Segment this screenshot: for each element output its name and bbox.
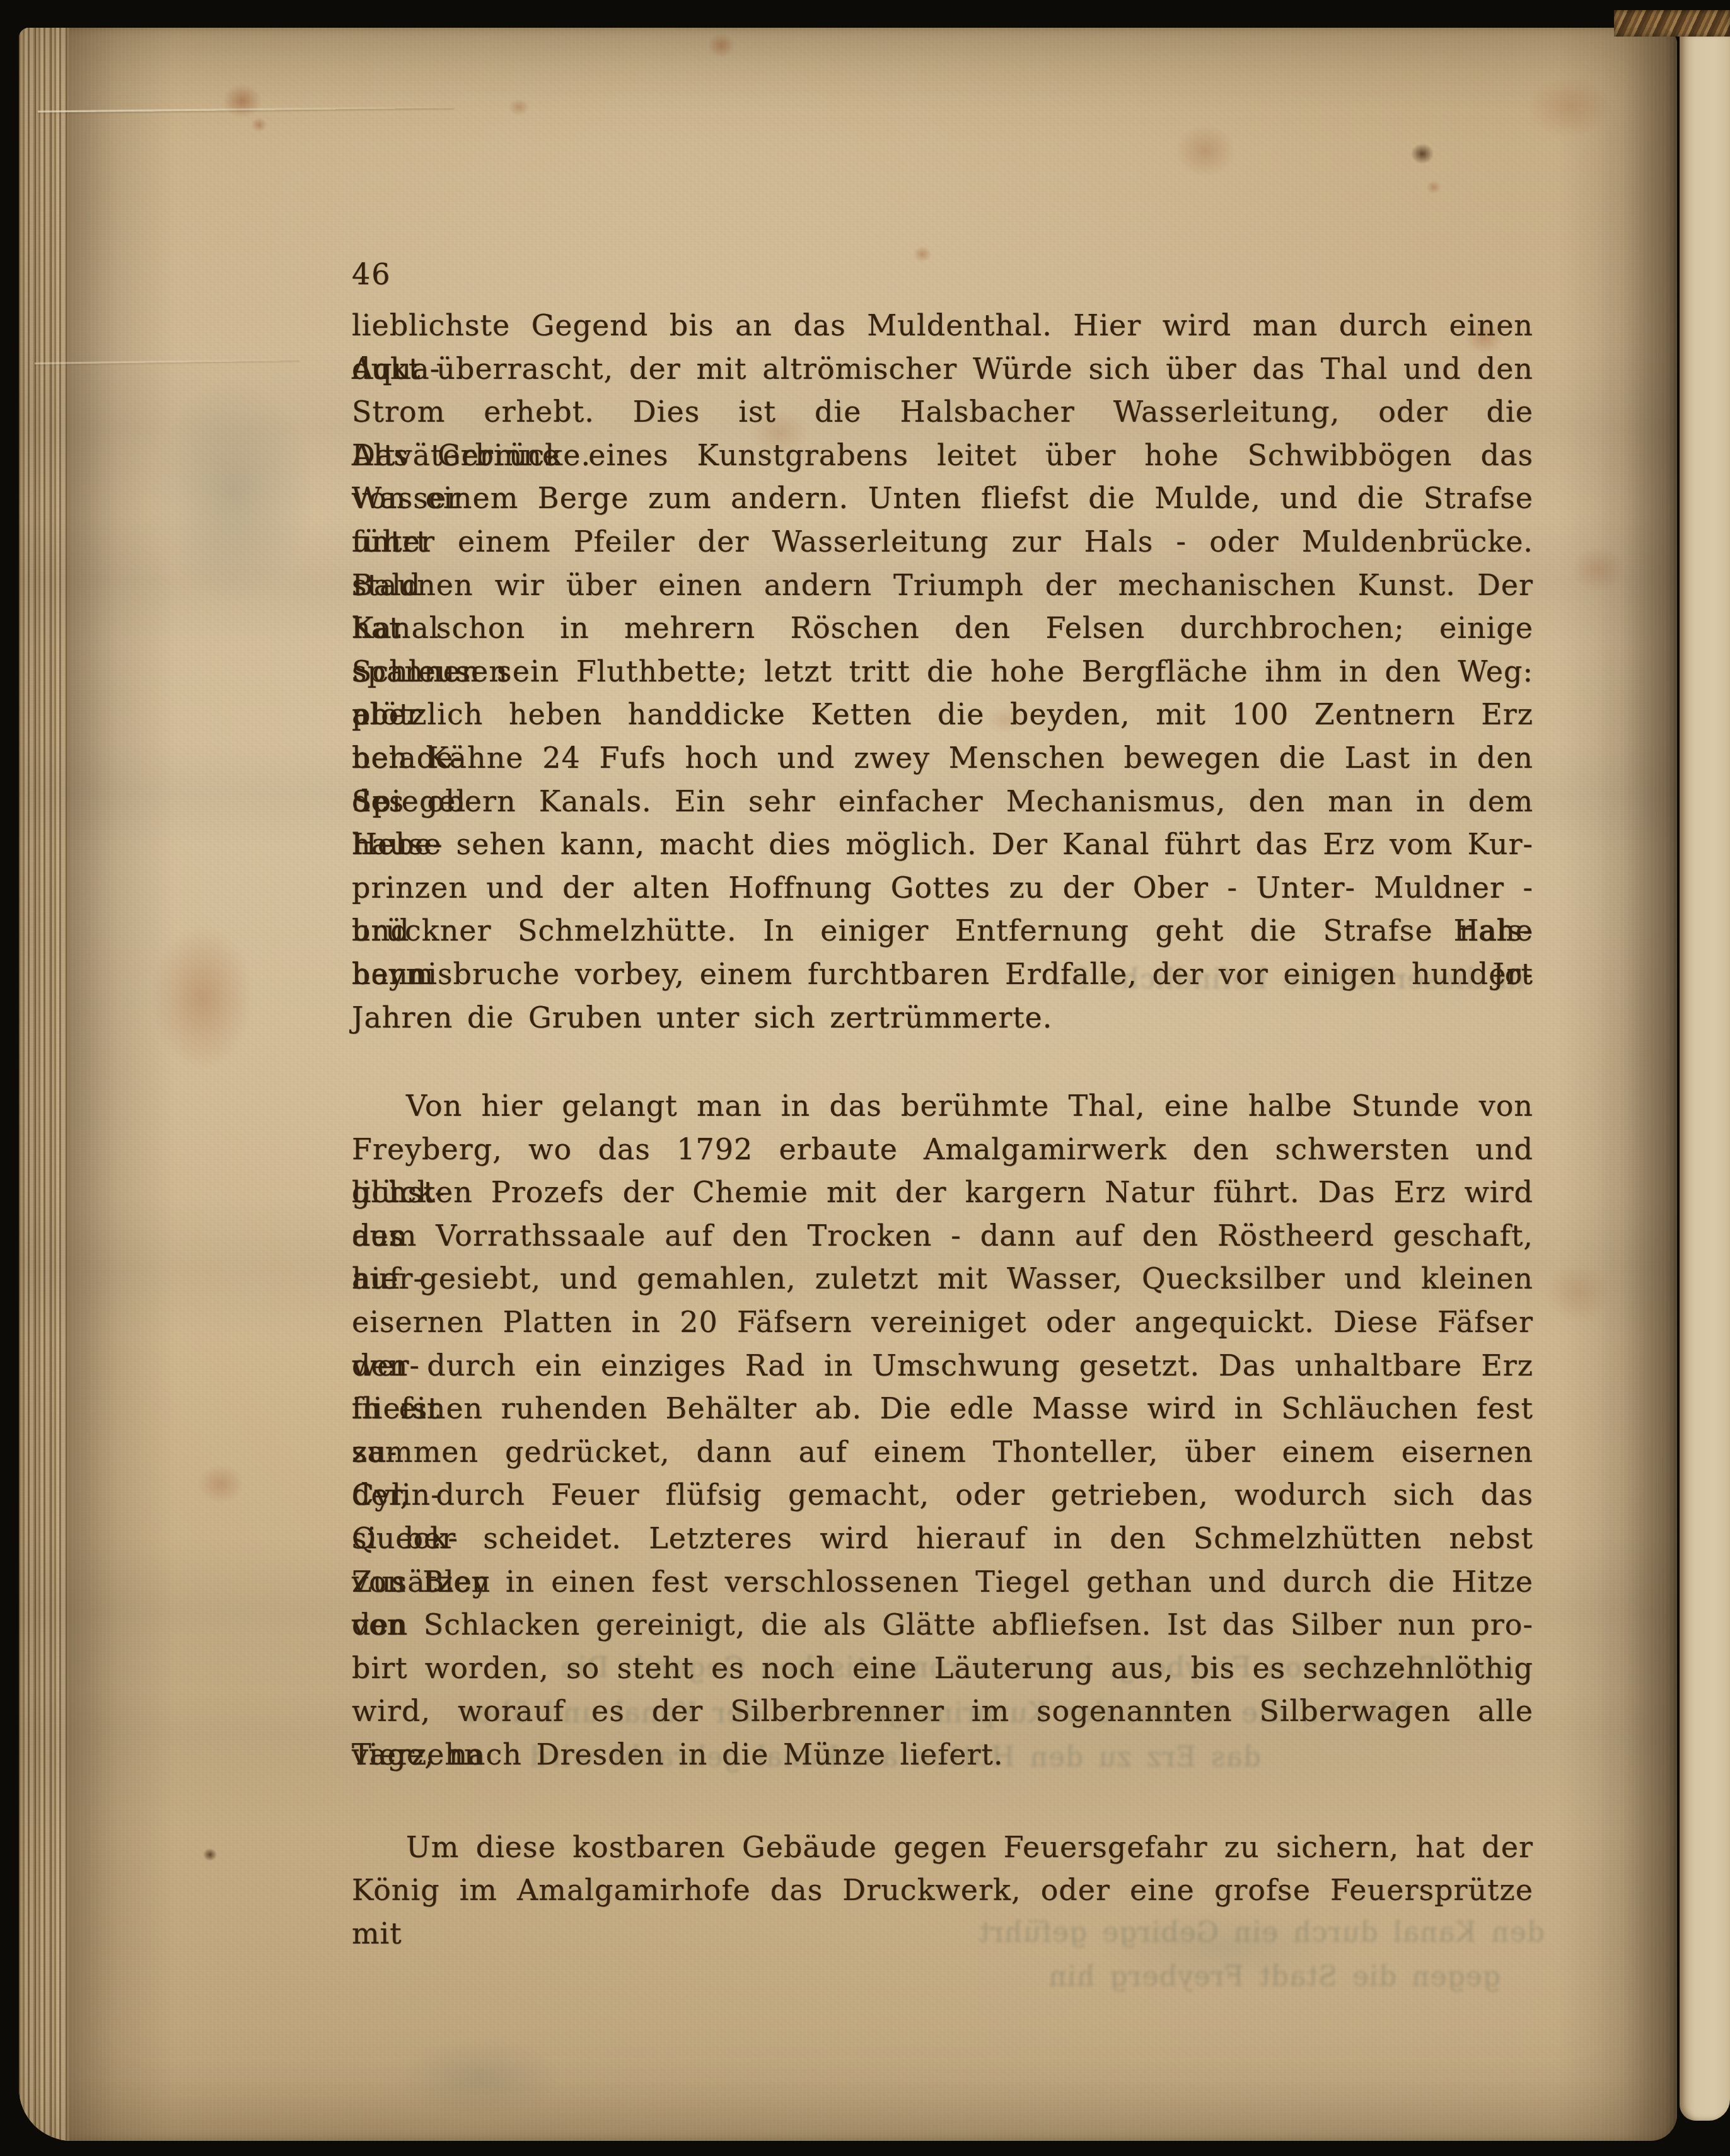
text-line: von einem Berge zum andern. Unten fliefs… xyxy=(352,477,1533,520)
text-line: plötzlich heben handdicke Ketten die bey… xyxy=(352,693,1533,736)
text-line: hat schon in mehrern Röschen den Felsen … xyxy=(352,606,1533,650)
text-line: wird, worauf es der Silberbrenner im sog… xyxy=(352,1689,1533,1733)
paragraph: lieblichste Gegend bis an das Muldenthal… xyxy=(352,304,1533,1039)
text-line: hause sehen kann, macht dies möglich. De… xyxy=(352,823,1533,866)
stain xyxy=(251,117,267,132)
text-block: lieblichste Gegend bis an das Muldenthal… xyxy=(352,304,1533,1912)
text-line: dem Vorrathssaale auf den Trocken - dann… xyxy=(352,1214,1533,1258)
text-line: Tage, nach Dresden in die Münze liefert. xyxy=(352,1733,1533,1776)
text-line: prinzen und der alten Hoffnung Gottes zu… xyxy=(352,866,1533,910)
next-page-edge xyxy=(1680,34,1730,2121)
page-number: 46 xyxy=(352,257,392,291)
text-line: Das Gerinne eines Kunstgrabens leitet üb… xyxy=(352,434,1533,477)
stain xyxy=(398,2037,562,2119)
text-line: si ber scheidet. Letzteres wird hierauf … xyxy=(352,1517,1533,1560)
text-line: spannen sein Fluthbette; letzt tritt die… xyxy=(352,650,1533,693)
gutter-shadow xyxy=(68,28,175,2141)
scanned-book-photo: in dieser Kirche befindliche Sileine Stu… xyxy=(0,0,1730,2156)
stain xyxy=(913,246,932,262)
stain xyxy=(1411,144,1434,164)
text-line: Freyberg, wo das 1792 erbaute Amalgamirw… xyxy=(352,1128,1533,1171)
stain xyxy=(197,1464,245,1504)
stain xyxy=(1426,180,1441,194)
text-line: staunen wir über einen andern Triumph de… xyxy=(352,564,1533,607)
text-line: lieblichste Gegend bis an das Muldenthal… xyxy=(352,304,1533,347)
text-line: dukt überrascht, der mit altrömischer Wü… xyxy=(352,347,1533,391)
text-line: eisernen Platten in 20 Fäfsern vereinige… xyxy=(352,1301,1533,1344)
text-line: brückner Schmelzhütte. In einiger Entfer… xyxy=(352,909,1533,953)
text-line: Um diese kostbaren Gebäude gegen Feuersg… xyxy=(352,1826,1533,1869)
text-line: Strom erhebt. Dies ist die Halsbacher Wa… xyxy=(352,390,1533,434)
text-line: Von hier gelangt man in das berühmte Tha… xyxy=(352,1084,1533,1128)
text-line: hannisbruche vorbey, einem furchtbaren E… xyxy=(352,953,1533,996)
marbled-cover-fragment xyxy=(1614,10,1730,37)
text-line: lichsten Prozefs der Chemie mit der karg… xyxy=(352,1171,1533,1214)
text-line: von Bley in einen fest verschlossenen Ti… xyxy=(352,1560,1533,1604)
page-fold-shadow xyxy=(1557,28,1677,2141)
text-line: in einen ruhenden Behälter ab. Die edle … xyxy=(352,1387,1533,1430)
bleed-through-text: gegen die Stadt Freyberg hin xyxy=(984,1961,1501,1993)
stain xyxy=(508,98,530,116)
text-line: auf gesiebt, und gemahlen, zuletzt mit W… xyxy=(352,1257,1533,1301)
text-line: Jahren die Gruben unter sich zertrümmert… xyxy=(352,996,1533,1040)
text-line: unter einem Pfeiler der Wasserleitung zu… xyxy=(352,520,1533,564)
stain xyxy=(222,83,262,119)
stain xyxy=(151,378,315,605)
paragraph: Von hier gelangt man in das berühmte Tha… xyxy=(352,1084,1533,1776)
stain xyxy=(1097,1910,1349,1986)
bleed-through-text: den Kanal durch ein Gebirge geführt xyxy=(914,1916,1545,1949)
page-edge-stack xyxy=(19,28,69,2141)
stain xyxy=(707,33,735,58)
text-line: den Schlacken gereinigt, die als Glätte … xyxy=(352,1603,1533,1647)
text-line: König im Amalgamirhofe das Druckwerk, od… xyxy=(352,1869,1533,1912)
text-line: den durch ein einziges Rad in Umschwung … xyxy=(352,1344,1533,1388)
text-line: nen Kähne 24 Fufs hoch und zwey Menschen… xyxy=(352,736,1533,780)
text-line: birt worden, so steht es noch eine Läute… xyxy=(352,1647,1533,1690)
paragraph: Um diese kostbaren Gebäude gegen Feuersg… xyxy=(352,1826,1533,1912)
text-line: sammen gedrücket, dann auf einem Thontel… xyxy=(352,1430,1533,1474)
stain xyxy=(203,1848,217,1861)
text-line: der, durch Feuer flüfsig gemacht, oder g… xyxy=(352,1473,1533,1517)
book-page: in dieser Kirche befindliche Sileine Stu… xyxy=(19,28,1677,2141)
stain xyxy=(1174,124,1237,178)
text-line: des obern Kanals. Ein sehr einfacher Mec… xyxy=(352,780,1533,823)
